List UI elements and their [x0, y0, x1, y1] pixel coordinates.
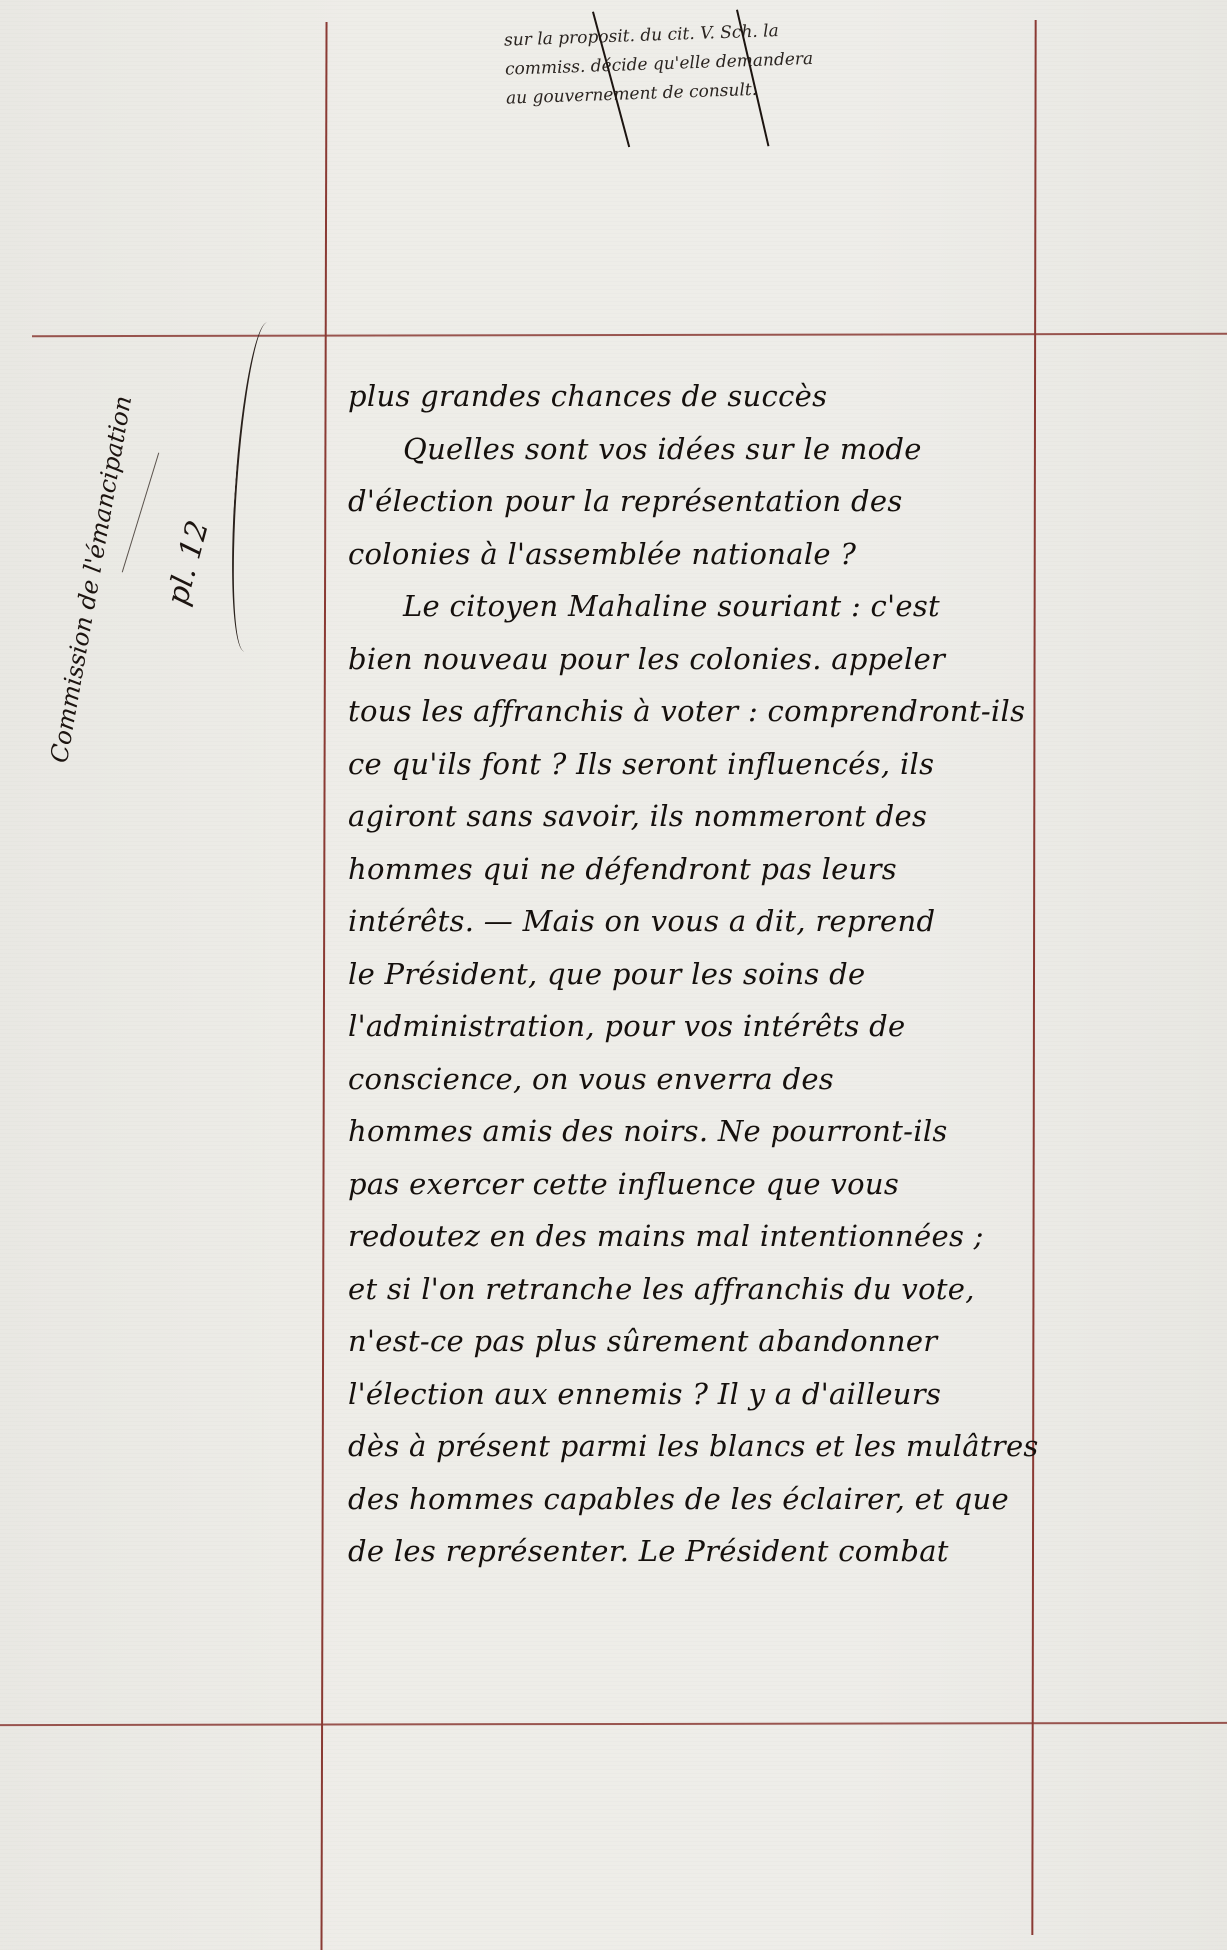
- body-line: l'administration, pour vos intérêts de: [348, 1000, 1028, 1053]
- body-line: agiront sans savoir, ils nommeront des: [348, 790, 1028, 843]
- margin-pen-stroke: [224, 321, 289, 653]
- lower-horizontal-rule: [0, 1722, 1227, 1726]
- folio-number: pl. 12: [160, 517, 216, 609]
- body-line: tous les affranchis à voter : comprendro…: [348, 685, 1028, 738]
- body-line: intérêts. — Mais on vous a dit, reprend: [348, 895, 1028, 948]
- body-line: le Président, que pour les soins de: [348, 948, 1028, 1001]
- right-margin-rule: [1031, 20, 1036, 1935]
- body-line: bien nouveau pour les colonies. appeler: [348, 633, 1028, 686]
- left-margin-rule: [320, 22, 327, 1950]
- body-line: Quelles sont vos idées sur le mode: [348, 423, 1028, 476]
- body-line: hommes qui ne défendront pas leurs: [348, 843, 1028, 896]
- struck-top-note: sur la proposit. du cit. V. Sch. la comm…: [504, 13, 887, 113]
- margin-pen-line: [122, 453, 160, 573]
- body-line: plus grandes chances de succès: [348, 370, 1028, 423]
- body-line: et si l'on retranche les affranchis du v…: [348, 1263, 1028, 1316]
- body-line: colonies à l'assemblée nationale ?: [348, 528, 1028, 581]
- body-line: d'élection pour la représentation des: [348, 475, 1028, 528]
- body-line: conscience, on vous enverra des: [348, 1053, 1028, 1106]
- body-line: ce qu'ils font ? Ils seront influencés, …: [348, 738, 1028, 791]
- body-line: redoutez en des mains mal intentionnées …: [348, 1210, 1028, 1263]
- body-line: Le citoyen Mahaline souriant : c'est: [348, 580, 1028, 633]
- body-line: n'est-ce pas plus sûrement abandonner: [348, 1315, 1028, 1368]
- body-line: dès à présent parmi les blancs et les mu…: [348, 1420, 1028, 1473]
- body-line: l'élection aux ennemis ? Il y a d'ailleu…: [348, 1368, 1028, 1421]
- body-line: hommes amis des noirs. Ne pourront-ils: [348, 1105, 1028, 1158]
- upper-horizontal-rule: [32, 333, 1227, 337]
- manuscript-page: sur la proposit. du cit. V. Sch. la comm…: [0, 0, 1227, 1950]
- body-line: pas exercer cette influence que vous: [348, 1158, 1028, 1211]
- margin-commission-title: Commission de l'émancipation: [45, 287, 156, 765]
- body-line: de les représenter. Le Président combat: [348, 1525, 1028, 1578]
- manuscript-body: plus grandes chances de succès Quelles s…: [348, 370, 1028, 1578]
- body-line: des hommes capables de les éclairer, et …: [348, 1473, 1028, 1526]
